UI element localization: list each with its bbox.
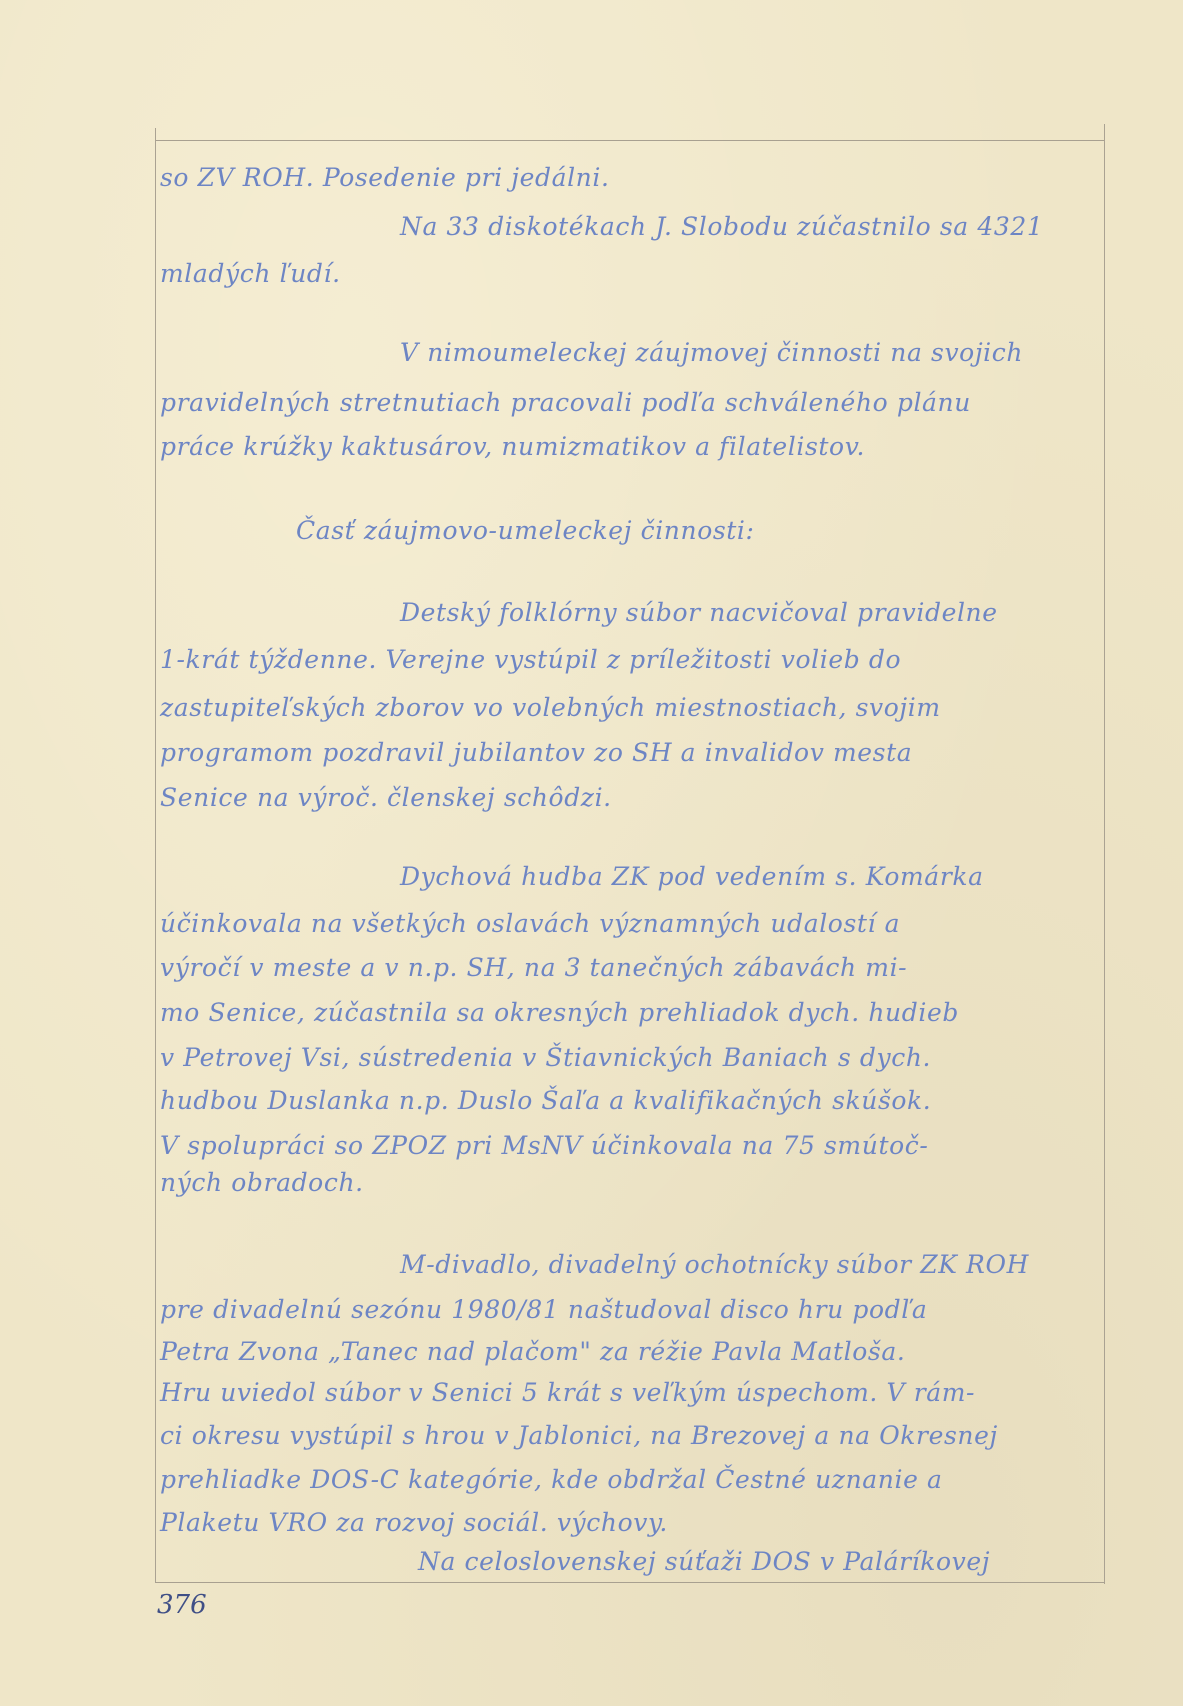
text-line: Dychová hudba ZK pod vedením s. Komárka <box>400 862 984 891</box>
text-line: ci okresu vystúpil s hrou v Jablonici, n… <box>160 1421 998 1450</box>
text-line: práce krúžky kaktusárov, numizmatikov a … <box>160 432 865 461</box>
text-line: Petra Zvona „Tanec nad plačom" za réžie … <box>160 1337 905 1366</box>
text-line: ných obradoch. <box>160 1168 364 1197</box>
text-line: 1-krát týždenne. Verejne vystúpil z príl… <box>160 645 901 674</box>
text-line: programom pozdravil jubilantov zo SH a i… <box>160 738 912 767</box>
text-line: výročí v meste a v n.p. SH, na 3 tanečný… <box>160 953 907 982</box>
text-line: pravidelných stretnutiach pracovali podľ… <box>160 388 971 417</box>
section-heading: Časť záujmovo-umeleckej činnosti: <box>296 516 755 545</box>
text-line: Na 33 diskotékach J. Slobodu zúčastnilo … <box>400 212 1043 241</box>
text-line: mladých ľudí. <box>160 259 341 288</box>
text-line: so ZV ROH. Posedenie pri jedálni. <box>160 163 610 192</box>
text-line: pre divadelnú sezónu 1980/81 naštudoval … <box>160 1295 927 1324</box>
frame-right-line <box>1104 124 1105 1584</box>
text-line: Senice na výroč. členskej schôdzi. <box>160 783 612 812</box>
text-line: v Petrovej Vsi, sústredenia v Štiavnický… <box>160 1043 931 1072</box>
text-line: zastupiteľských zborov vo volebných mies… <box>160 693 941 722</box>
text-line: mo Senice, zúčastnila sa okresných prehl… <box>160 998 959 1027</box>
document-page: so ZV ROH. Posedenie pri jedálni. Na 33 … <box>0 0 1183 1706</box>
text-line: hudbou Duslanka n.p. Duslo Šaľa a kvalif… <box>160 1086 931 1115</box>
page-number: 376 <box>157 1590 207 1620</box>
text-line: M-divadlo, divadelný ochotnícky súbor ZK… <box>400 1250 1029 1279</box>
text-line: prehliadke DOS-C kategórie, kde obdržal … <box>160 1465 943 1494</box>
text-line: V spolupráci so ZPOZ pri MsNV účinkovala… <box>160 1131 928 1160</box>
text-line: Hru uviedol súbor v Senici 5 krát s veľk… <box>160 1378 975 1407</box>
text-line: účinkovala na všetkých oslavách významný… <box>160 909 900 938</box>
text-line: V nimoumeleckej záujmovej činnosti na sv… <box>400 338 1023 367</box>
frame-top-line <box>155 140 1105 141</box>
text-line: Na celoslovenskej súťaži DOS v Paláríkov… <box>418 1547 990 1576</box>
frame-left-line <box>155 128 156 1583</box>
frame-bottom-line <box>155 1582 1105 1583</box>
text-line: Plaketu VRO za rozvoj sociál. výchovy. <box>160 1508 668 1537</box>
text-line: Detský folklórny súbor nacvičoval pravid… <box>400 598 998 627</box>
